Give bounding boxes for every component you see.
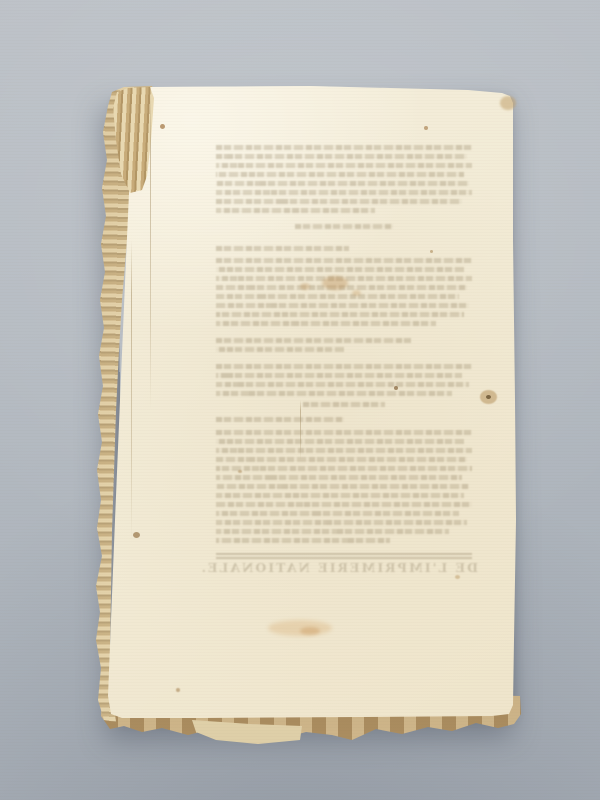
ghost-text-line (216, 493, 464, 498)
ghost-text-line (216, 417, 344, 422)
ghost-text-line (216, 312, 464, 317)
ghost-text-line (216, 448, 472, 453)
ghost-text-block (216, 338, 472, 356)
ghost-text-line (216, 347, 344, 352)
ghost-text-block (216, 224, 472, 233)
ghost-text-line (216, 190, 472, 195)
ghost-text-line (216, 382, 469, 387)
ghost-text-line (216, 484, 469, 489)
ghost-text-line (216, 538, 390, 543)
ghost-text-block (216, 258, 472, 330)
ghost-text-line (216, 529, 449, 534)
ghost-text-line (216, 502, 472, 507)
ghost-double-rule (216, 557, 472, 559)
ghost-text-line (216, 511, 459, 516)
ghost-text-line (303, 402, 385, 407)
ghost-text-line (216, 439, 464, 444)
ghost-double-rule (216, 553, 472, 555)
ghost-text-line (216, 520, 467, 525)
ghost-imprint-title: DE L'IMPRIMERIE NATIONALE. (210, 560, 478, 575)
ghost-text-block (216, 246, 472, 255)
ghost-text-line (216, 199, 462, 204)
ghost-text-line (216, 338, 411, 343)
ghost-text-line (216, 145, 472, 150)
ghost-text-line (216, 364, 472, 369)
ghost-text-line (216, 391, 452, 396)
ghost-text-line (216, 267, 464, 272)
ghost-text-block (216, 430, 472, 547)
ghost-text-line (216, 475, 462, 480)
ghost-text-block (216, 364, 472, 400)
ghost-text-line (216, 466, 472, 471)
ghost-text-line (216, 172, 464, 177)
ghost-text-line (216, 154, 467, 159)
ghost-text-line (216, 246, 349, 251)
ghost-text-line (216, 258, 472, 263)
ghost-text-line (216, 321, 436, 326)
ghost-text-block (216, 145, 472, 217)
ghost-text-line (216, 208, 375, 213)
ghost-text-showthrough: DE L'IMPRIMERIE NATIONALE. (216, 140, 472, 590)
ghost-text-line (216, 457, 467, 462)
ghost-text-block (216, 402, 472, 411)
ghost-text-block (216, 417, 472, 426)
ghost-text-line (216, 285, 467, 290)
ghost-text-line (216, 163, 472, 168)
ghost-text-line (216, 294, 459, 299)
ghost-text-line (216, 276, 472, 281)
photo-of-antique-book: DE L'IMPRIMERIE NATIONALE. (0, 0, 600, 800)
ghost-text-line (216, 373, 462, 378)
ghost-text-line (216, 303, 469, 308)
ghost-text-line (216, 181, 469, 186)
ghost-text-line (295, 224, 392, 229)
ghost-text-line (216, 430, 472, 435)
